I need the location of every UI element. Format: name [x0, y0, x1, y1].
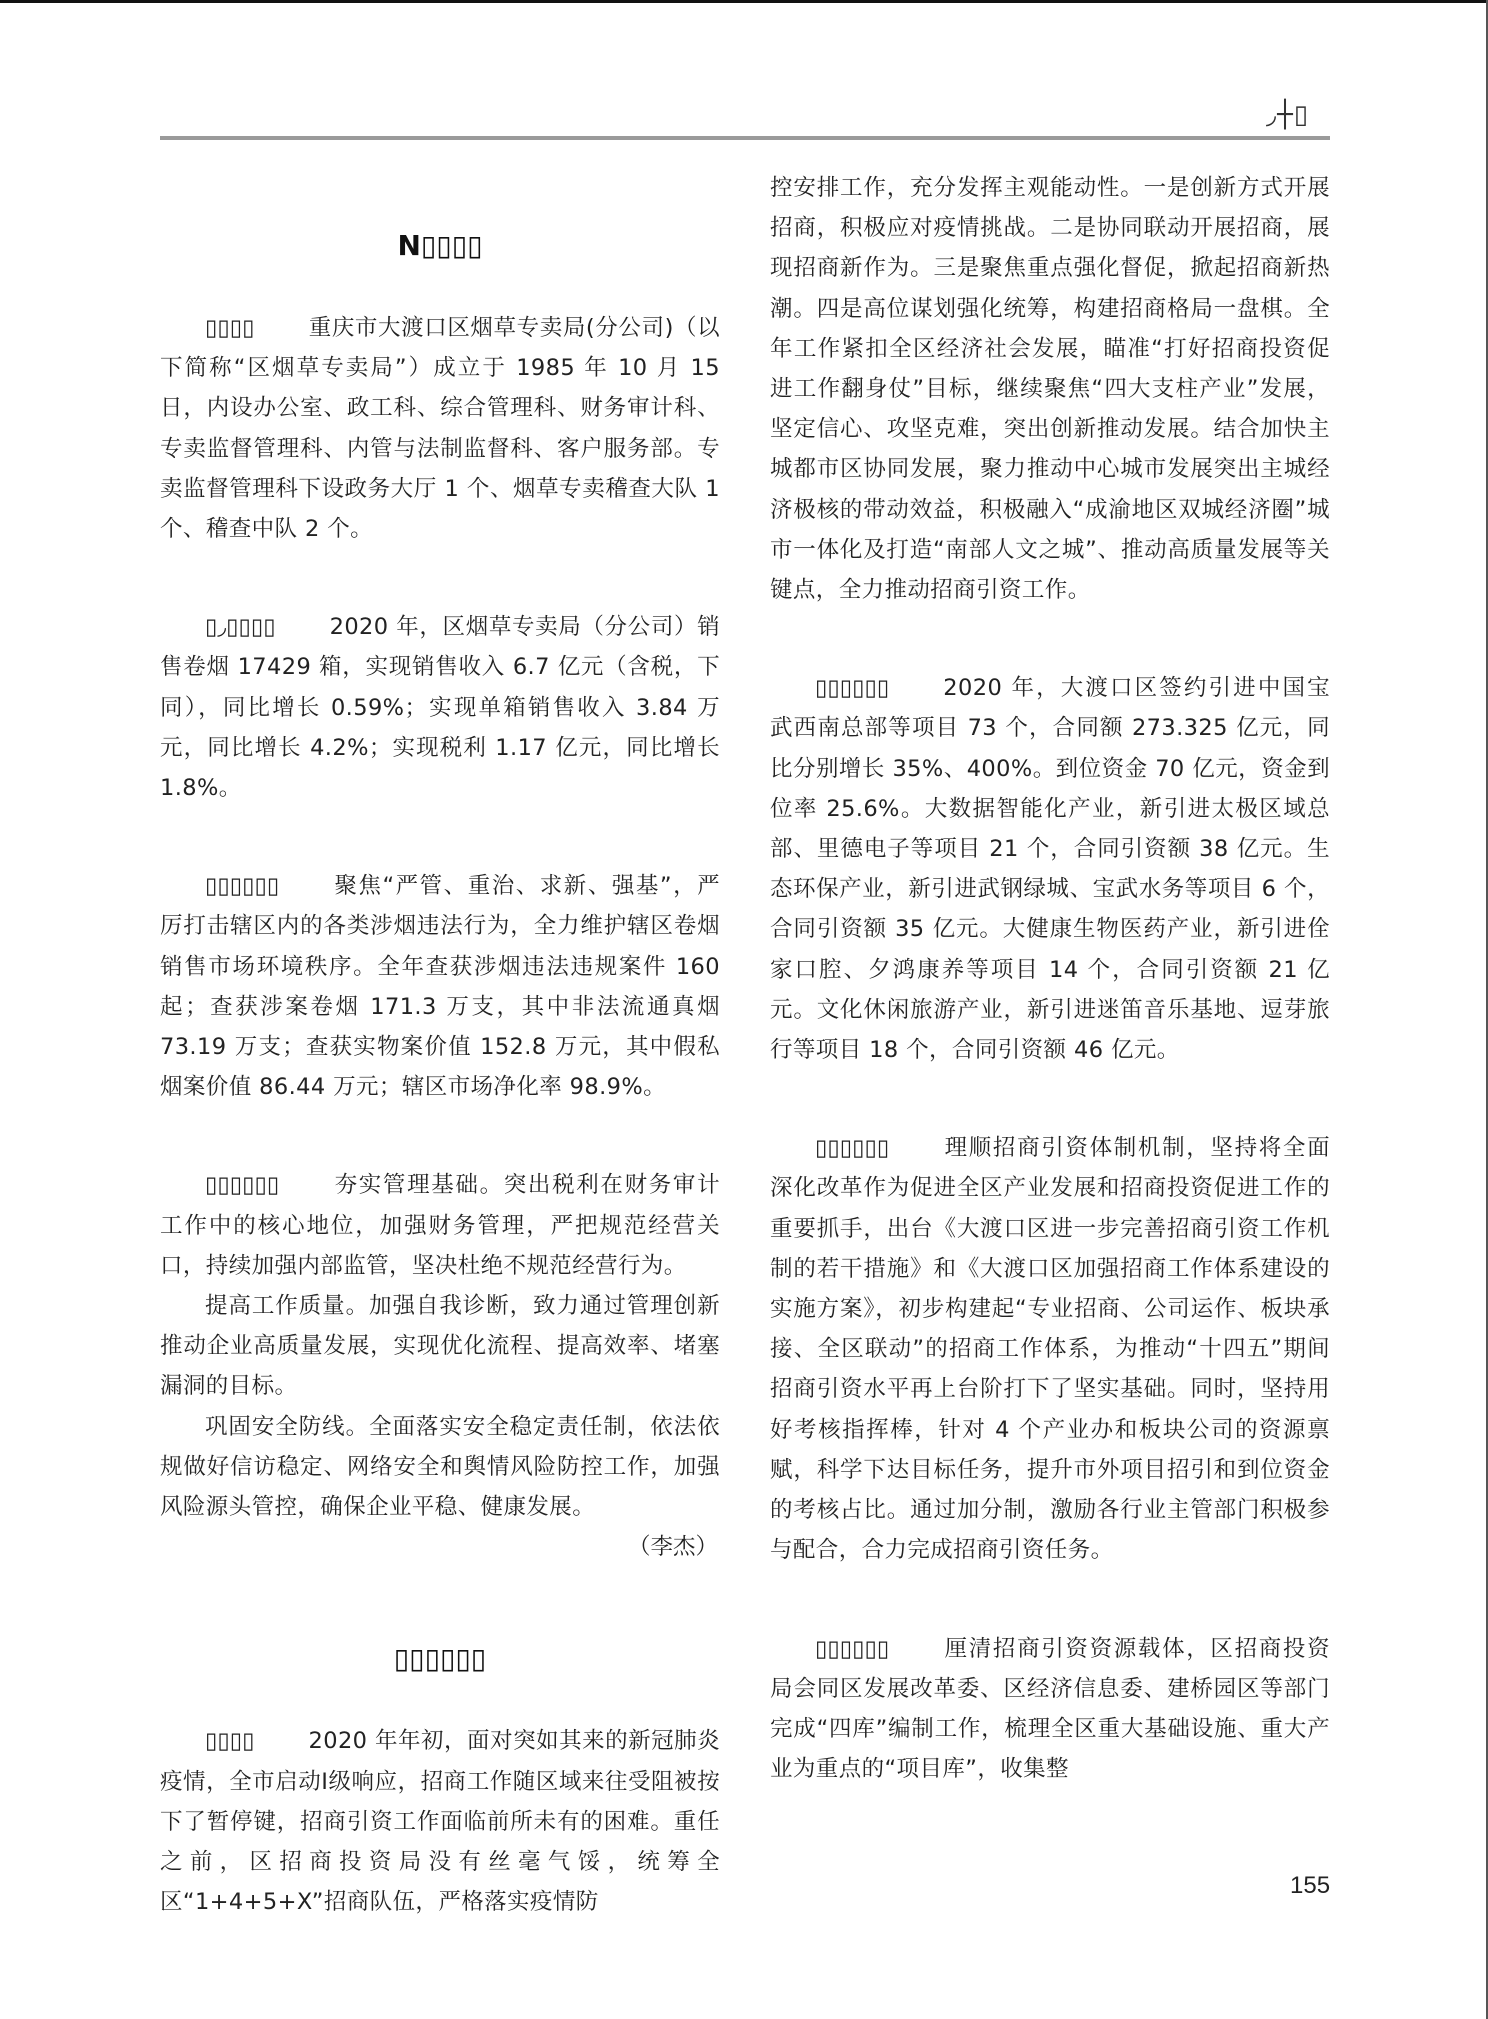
- paragraph-text: 巩固安全防线。全面落实安全稳定责任制，依法依规做好信访稳定、网络安全和舆情风险防…: [160, 1414, 720, 1520]
- header-rule: [160, 136, 1330, 140]
- paragraph-sales: ▯◞▯▯▯▯2020 年，区烟草专卖局（分公司）销售卷烟 17429 箱，实现销…: [160, 607, 720, 808]
- paragraph-lead: ▯▯▯▯: [205, 1728, 255, 1754]
- paragraph-text: 2020 年，大渡口区签约引进中国宝武西南总部等项目 73 个，合同额 273.…: [770, 675, 1330, 1063]
- paragraph-enforcement: ▯▯▯▯▯▯聚焦“严管、重治、求新、强基”，严厉打击辖区内的各类涉烟违法行为，全…: [160, 866, 720, 1107]
- paragraph-investment-continued: 控安排工作，充分发挥主观能动性。一是创新方式开展招商，积极应对疫情挑战。二是协同…: [770, 168, 1330, 610]
- paragraph-lead: ▯▯▯▯▯▯: [205, 873, 279, 899]
- paragraph-lead: ▯▯▯▯▯▯: [815, 1636, 889, 1662]
- paragraph-management: ▯▯▯▯▯▯夯实管理基础。突出税利在财务审计工作中的核心地位，加强财务管理，严把…: [160, 1165, 720, 1286]
- running-header-mark: ◞┼▯: [1266, 100, 1309, 130]
- paragraph-resources: ▯▯▯▯▯▯厘清招商引资资源载体，区招商投资局会同区发展改革委、区经济信息委、建…: [770, 1629, 1330, 1790]
- page-number: 155: [1290, 1872, 1330, 1900]
- page-top-border: [0, 0, 1488, 3]
- paragraph-investment-overview: ▯▯▯▯2020 年年初，面对突如其来的新冠肺炎疫情，全市启动Ⅰ级响应，招商工作…: [160, 1721, 720, 1922]
- author-credit: （李杰）: [160, 1527, 720, 1567]
- right-column: 控安排工作，充分发挥主观能动性。一是创新方式开展招商，积极应对疫情挑战。二是协同…: [770, 168, 1330, 1789]
- paragraph-mechanism: ▯▯▯▯▯▯理顺招商引资体制机制，坚持将全面深化改革作为促进全区产业发展和招商投…: [770, 1128, 1330, 1570]
- paragraph-text: 2020 年，区烟草专卖局（分公司）销售卷烟 17429 箱，实现销售收入 6.…: [160, 614, 720, 801]
- paragraph-lead: ▯▯▯▯: [205, 315, 255, 341]
- paragraph-text: 2020 年年初，面对突如其来的新冠肺炎疫情，全市启动Ⅰ级响应，招商工作随区域来…: [160, 1728, 720, 1915]
- paragraph-lead: ▯▯▯▯▯▯: [205, 1172, 279, 1198]
- section-title-investment: ▯▯▯▯▯▯: [160, 1639, 720, 1679]
- paragraph-lead: ▯▯▯▯▯▯: [815, 675, 889, 701]
- paragraph-text: 聚焦“严管、重治、求新、强基”，严厉打击辖区内的各类涉烟违法行为，全力维护辖区卷…: [160, 873, 720, 1100]
- paragraph-text: 理顺招商引资体制机制，坚持将全面深化改革作为促进全区产业发展和招商投资促进工作的…: [770, 1135, 1330, 1563]
- paragraph-text: 重庆市大渡口区烟草专卖局(分公司)（以下简称“区烟草专卖局”）成立于 1985 …: [160, 315, 720, 542]
- paragraph-projects: ▯▯▯▯▯▯2020 年，大渡口区签约引进中国宝武西南总部等项目 73 个，合同…: [770, 668, 1330, 1070]
- paragraph-lead: ▯◞▯▯▯▯: [205, 614, 276, 640]
- left-column: N▯▯▯▯ ▯▯▯▯重庆市大渡口区烟草专卖局(分公司)（以下简称“区烟草专卖局”…: [160, 168, 720, 1923]
- paragraph-text: 提高工作质量。加强自我诊断，致力通过管理创新推动企业高质量发展，实现优化流程、提…: [160, 1293, 720, 1399]
- paragraph-safety: 巩固安全防线。全面落实安全稳定责任制，依法依规做好信访稳定、网络安全和舆情风险防…: [160, 1407, 720, 1528]
- section-title-tobacco: N▯▯▯▯: [160, 226, 720, 266]
- paragraph-overview: ▯▯▯▯重庆市大渡口区烟草专卖局(分公司)（以下简称“区烟草专卖局”）成立于 1…: [160, 308, 720, 549]
- paragraph-quality: 提高工作质量。加强自我诊断，致力通过管理创新推动企业高质量发展，实现优化流程、提…: [160, 1286, 720, 1407]
- paragraph-lead: ▯▯▯▯▯▯: [815, 1135, 889, 1161]
- paragraph-text: 控安排工作，充分发挥主观能动性。一是创新方式开展招商，积极应对疫情挑战。二是协同…: [770, 175, 1330, 603]
